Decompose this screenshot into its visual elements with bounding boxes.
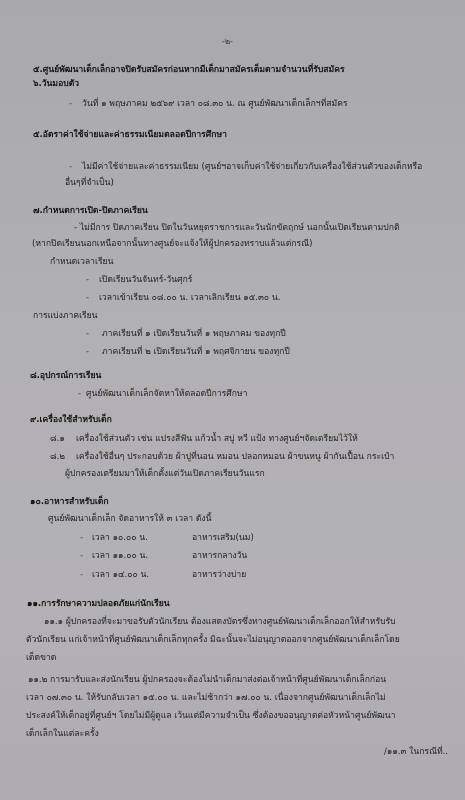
- document-page: -๒- ๕.ศูนย์พัฒนาเด็กเล็กอาจปิดรับสมัครก่…: [0, 0, 465, 800]
- section-9-heading: ๙.เครื่องใช้สำหรับเด็ก: [30, 414, 112, 426]
- bullet: -: [86, 346, 89, 358]
- meal-name: อาหารกลางวัน: [192, 550, 247, 562]
- term-item: ภาคเรียนที่ ๑ เปิดเรียนวันที่ ๑ พฤษภาคม …: [102, 328, 286, 340]
- section-5a-heading: ๕.ศูนย์พัฒนาเด็กเล็กอาจปิดรับสมัครก่อนหา…: [33, 64, 345, 76]
- bullet: -: [80, 569, 83, 581]
- bullet: -: [80, 550, 83, 562]
- section-11-2-cont: เด็กเล็กในแต่ละครั้ง: [26, 728, 99, 740]
- bullet: -: [78, 388, 81, 400]
- section-6-item: วันที่ ๑ พฤษภาคม ๒๕๖๙ เวลา ๐๘.๓๐ น. ณ ศู…: [82, 98, 348, 110]
- study-time-item: เปิดเรียนวันจันทร์-วันศุกร์: [99, 274, 192, 286]
- section-11-1-cont: ตัวนักเรียน แก่เจ้าหน้าที่ศูนย์พัฒนาเด็ก…: [26, 634, 400, 646]
- section-6-heading: ๖.วันมอบตัว: [33, 78, 79, 90]
- section-11-2-cont: ประสงค์ให้เด็กอยู่ที่ศูนย์ฯ โดยไม่มีผู้ด…: [26, 710, 396, 722]
- section-11-1: ๑๑.๑ ผู้ปกครองที่จะมาขอรับตัวนักเรียน ต้…: [44, 616, 396, 628]
- item-9-2-number: ๘.๒: [50, 451, 65, 463]
- section-5b-item-cont: อื่นๆที่จำเป็น): [65, 177, 114, 189]
- page-number: -๒-: [222, 36, 233, 48]
- item-9-1-text: เครื่องใช้ส่วนตัว เช่น แปรงสีฟัน แก้วน้ำ…: [76, 433, 358, 445]
- bullet: -: [86, 328, 89, 340]
- section-11-2: ๑๑.๒ การมารับและส่งนักเรียน ผู้ปกครองจะต…: [28, 674, 386, 686]
- section-7-para-cont: (หากปิดเรียนนอกเหนือจากนั้นทางศูนย์จะแจ้…: [32, 238, 312, 250]
- bullet: -: [69, 161, 72, 173]
- meal-name: อาหารเสริม(นม): [192, 532, 254, 544]
- section-11-2-cont: เวลา ๐๗.๓๐ น. ให้รับกลับเวลา ๑๕.๐๐ น. แล…: [26, 692, 386, 704]
- section-5b-heading: ๕.อัตราค่าใช้จ่ายและค่าธรรมเนียมตลอดปีกา…: [33, 129, 227, 141]
- item-9-2-cont: ผู้ปกครองเตรียมมาให้เด็กตั้งแต่วันเปิดภา…: [65, 468, 265, 480]
- bullet: -: [86, 274, 89, 286]
- section-8-item: ศูนย์พัฒนาเด็กเล็กจัดหาให้ตลอดปีการศึกษา: [86, 388, 247, 400]
- term-label: การแบ่งภาคเรียน: [33, 310, 98, 322]
- item-9-2-text: เครื่องใช้อื่นๆ ประกอบด้วย ผ้าปูที่นอน ห…: [76, 451, 394, 463]
- meal-name: อาหารว่างบ่าย: [192, 569, 246, 581]
- continuation-note: /๑๑.๓ ในกรณีที่..: [384, 746, 448, 758]
- section-10-heading: ๑๐.อาหารสำหรับเด็ก: [30, 496, 109, 508]
- section-11-1-cont: เด็ดขาด: [26, 652, 56, 664]
- meal-time: เวลา ๑๔.๐๐ น.: [92, 569, 149, 581]
- section-10-intro: ศูนย์พัฒนาเด็กเล็ก จัดอาหารให้ ๓ เวลา ดั…: [48, 513, 212, 525]
- bullet: -: [69, 98, 72, 110]
- section-7-para: - ไม่มีการ ปิดภาคเรียน ปิดในวันหยุดราชกา…: [74, 222, 400, 234]
- meal-time: เวลา ๑๐.๐๐ น.: [92, 532, 148, 544]
- bullet: -: [86, 292, 89, 304]
- section-7-heading: ๗.กำหนดการเปิด-ปิดภาคเรียน: [33, 205, 148, 217]
- meal-time: เวลา ๑๑.๐๐ น.: [92, 550, 148, 562]
- section-11-heading: ๑๑.การรักษาความปลอดภัยแก่นักเรียน: [27, 598, 170, 610]
- item-9-1-number: ๘.๑: [50, 433, 65, 445]
- term-item: ภาคเรียนที่ ๒ เปิดเรียนวันที่ ๑ พฤศจิกาย…: [102, 346, 290, 358]
- study-time-label: กำหนดเวลาเรียน: [50, 256, 113, 268]
- bullet: -: [80, 532, 83, 544]
- study-time-item: เวลาเข้าเรียน ๐๘.๐๐ น. เวลาเลิกเรียน ๑๕.…: [99, 292, 280, 304]
- section-8-heading: ๘.อุปกรณ์การเรียน: [30, 370, 101, 382]
- section-5b-item: ไม่มีค่าใช้จ่ายและค่าธรรมเนียม (ศูนย์ฯอา…: [82, 161, 422, 173]
